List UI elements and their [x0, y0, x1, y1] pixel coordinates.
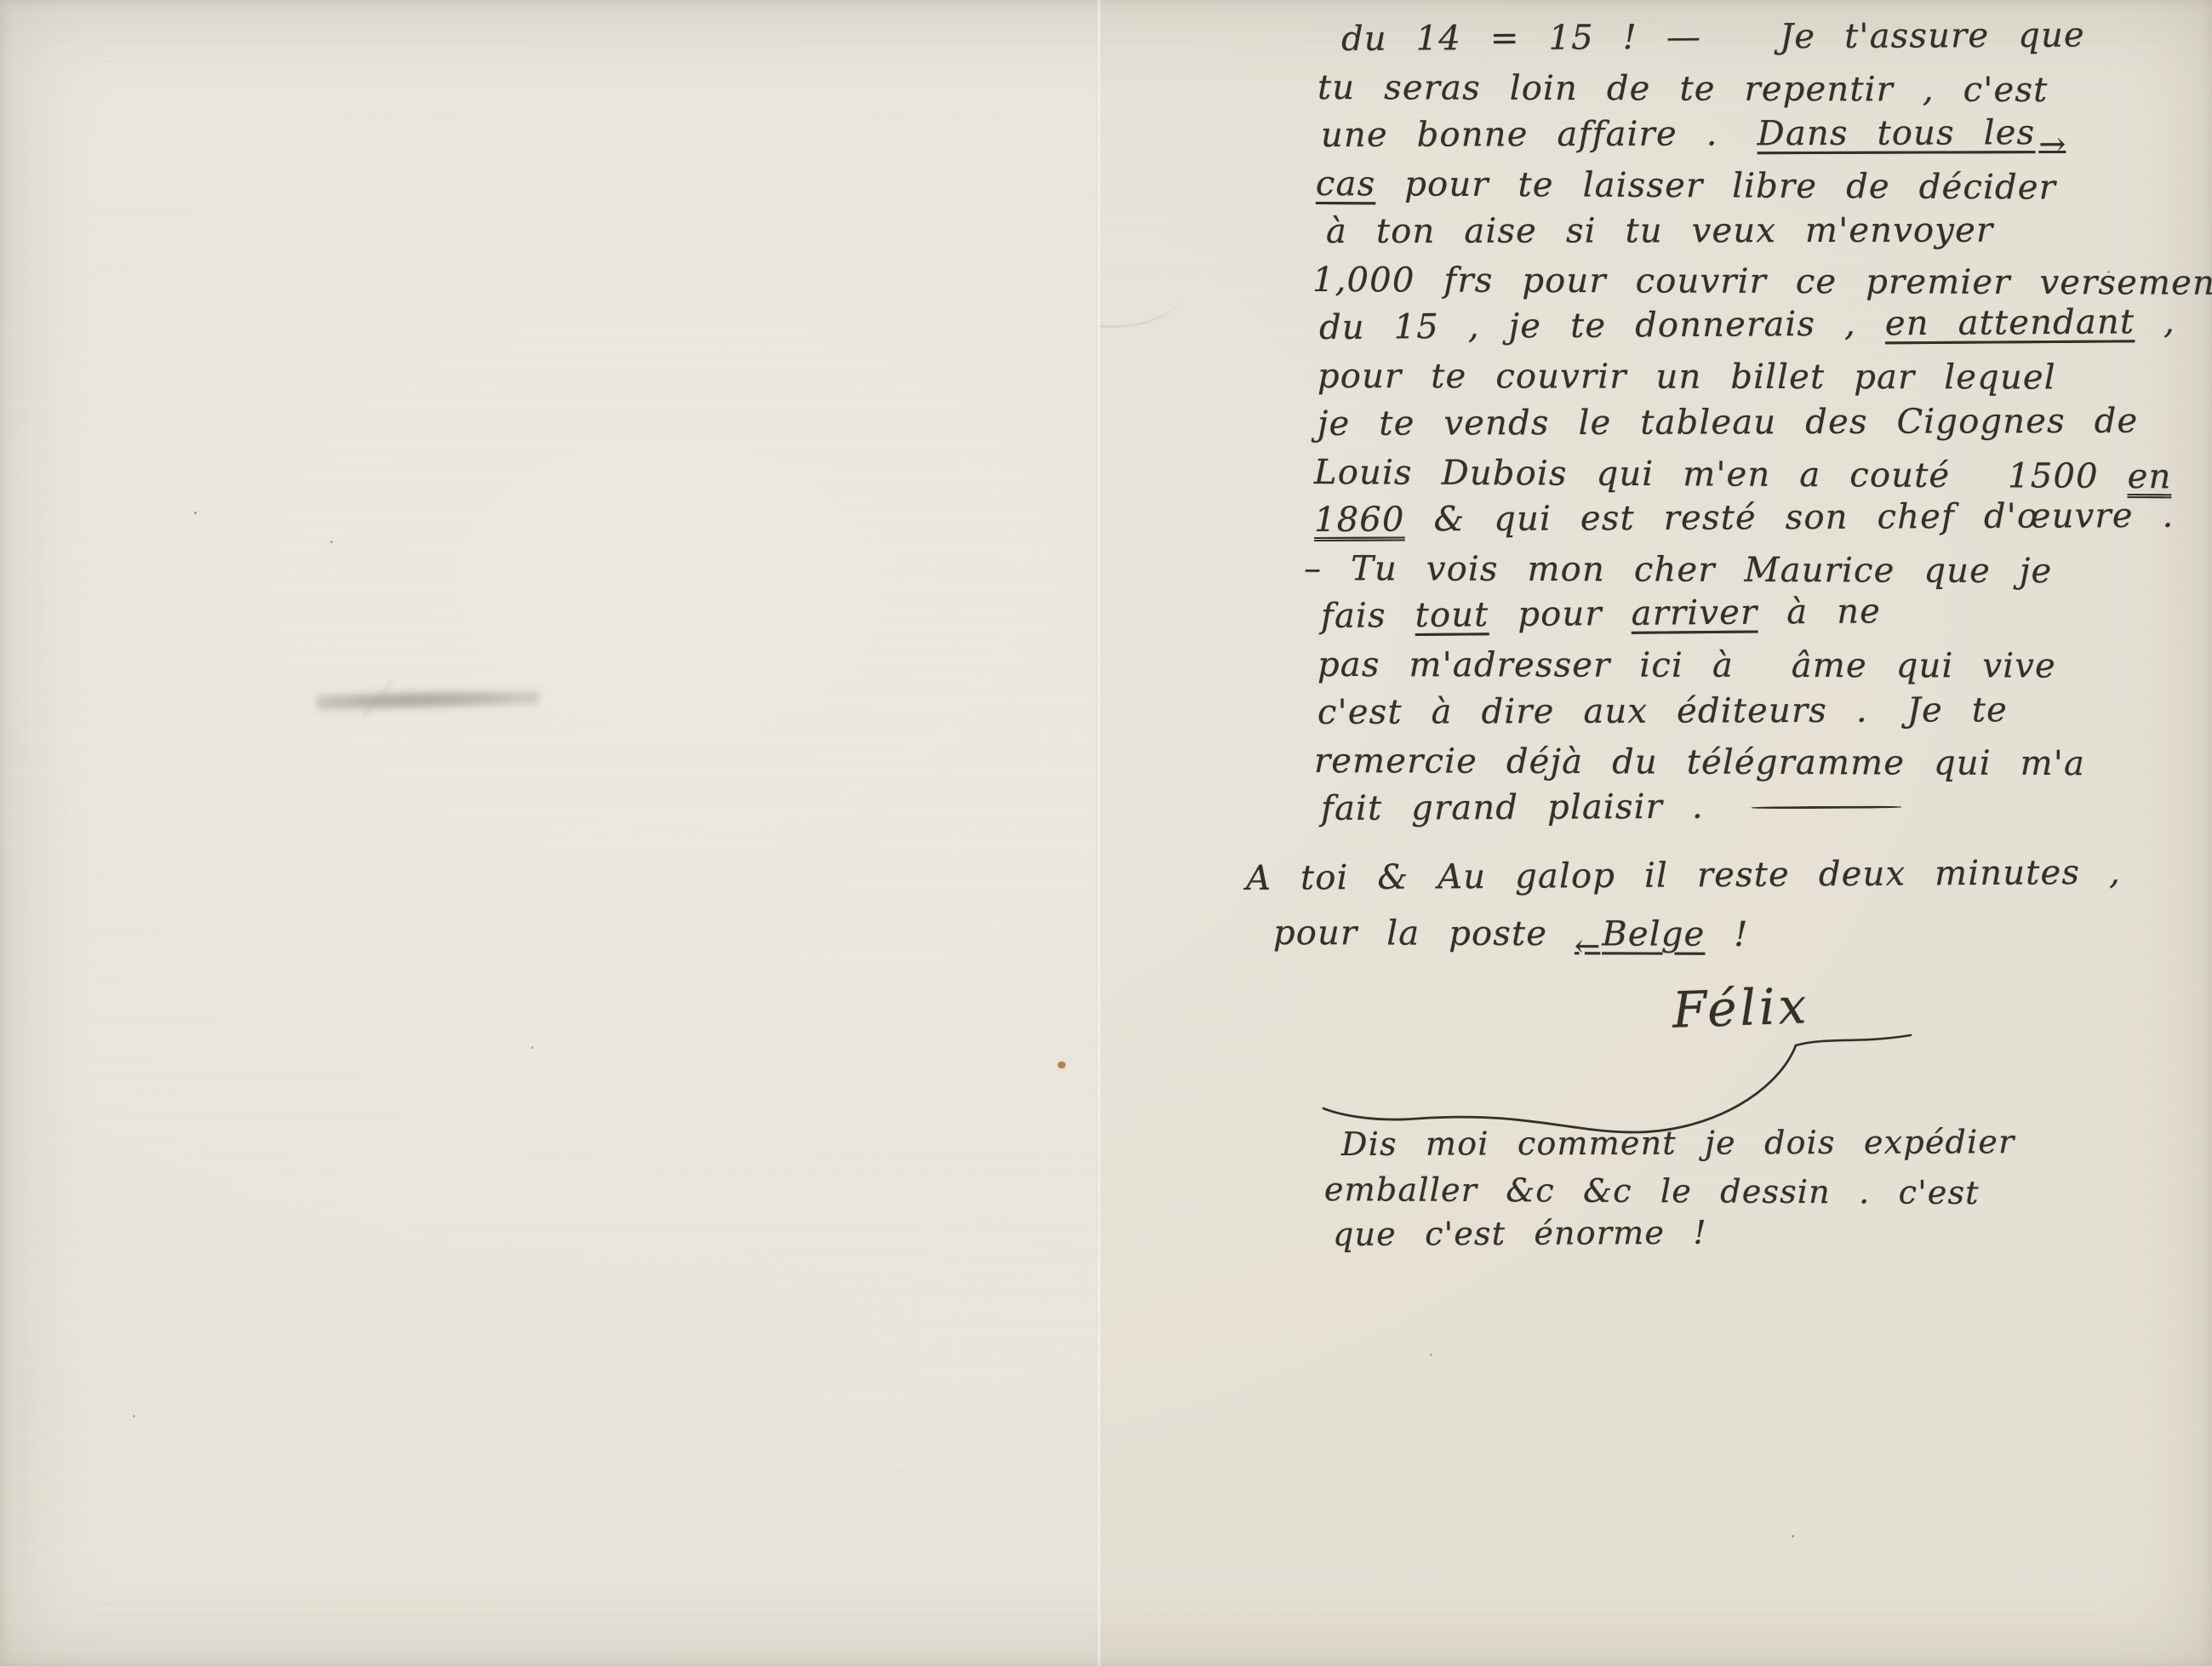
- paper-speck: [1792, 1535, 1794, 1537]
- letter-segment: & qui est resté son chef d'œuvre .: [1404, 496, 2174, 540]
- letter-segment: c'est à dire aux éditeurs .: [1317, 691, 1868, 732]
- paper-speck: [1430, 1354, 1432, 1356]
- letter-line: c'est à dire aux éditeurs .Je te: [1317, 685, 2212, 736]
- left-blank-page: [0, 0, 1100, 1666]
- letter-segment: fait grand plaisir .: [1321, 787, 1733, 828]
- letter-segment: à ton aise si tu veux m'envoyer: [1326, 211, 1993, 251]
- letter-segment: tout: [1415, 595, 1489, 635]
- letter-segment: Je te: [1907, 690, 2008, 730]
- letter-segment: pour te laisser libre de décider: [1375, 164, 2056, 207]
- letter-segment: je te vends le tableau des Cigognes de: [1317, 402, 2139, 444]
- letter-line: du 14 = 15 ! —Je t'assure que: [1341, 11, 2212, 64]
- letter-segment: pour la poste: [1273, 913, 1576, 953]
- letter-line: pas m'adresser ici à âme qui vive: [1317, 641, 2212, 690]
- letter-segment: en: [2128, 457, 2172, 496]
- letter-line: une bonne affaire .Dans tous les: [1321, 108, 2212, 159]
- letter-segment: !: [1705, 915, 1748, 954]
- letter-segment: pas m'adresser ici à âme qui vive: [1317, 645, 2056, 686]
- letter-segment: Dans tous les: [1758, 113, 2063, 153]
- letter-closing: A toi & Au galop il reste deux minutes ,…: [1317, 851, 2121, 962]
- letter-segment: arriver: [1631, 593, 1758, 633]
- letter-segment: fais: [1321, 596, 1415, 636]
- letter-line: fait grand plaisir .: [1321, 780, 2212, 833]
- fold-crease: [1096, 0, 1102, 1666]
- letter-line: à ton aise si tu veux m'envoyer: [1326, 206, 2212, 255]
- letter-line: du 15 , je te donnerais , en attendant ,: [1319, 298, 2212, 352]
- letter-line: pour la poste Belge !: [1273, 906, 2121, 965]
- letter-segment: remercie déjà du télégramme qui m'a: [1314, 741, 2085, 783]
- letter-segment: pour te couvrir un billet par lequel: [1317, 357, 2056, 398]
- letter-segment: tu seras loin de te repentir , c'est: [1317, 68, 2049, 110]
- letter-line: que c'est énorme !: [1333, 1209, 2015, 1257]
- letter-segment: Belge: [1576, 914, 1705, 954]
- letter-segment: du 15 , je te donnerais ,: [1319, 304, 1885, 347]
- letter-segment: [1752, 805, 1901, 809]
- letter-line: je te vends le tableau des Cigognes de: [1317, 397, 2212, 448]
- paper-speck: [133, 1415, 135, 1417]
- letter-segment: Louis Dubois qui m'en a couté 1500: [1314, 453, 2128, 496]
- letter-segment: A toi & Au galop il reste deux minutes ,: [1246, 853, 2121, 898]
- letter-line: fais tout pour arriver à ne: [1321, 585, 2212, 641]
- letter-line: cas pour te laisser libre de décider: [1316, 160, 2212, 213]
- letter-segment: Dis moi comment je dois expédier: [1341, 1123, 2015, 1163]
- letter-segment: 1860: [1314, 500, 1405, 540]
- letter-segment: pour: [1489, 594, 1632, 634]
- letter-line: tu seras loin de te repentir , c'est: [1317, 64, 2212, 115]
- letter-segment: ,: [2135, 302, 2175, 341]
- letter-body: du 14 = 15 ! —Je t'assure quetu seras lo…: [1317, 15, 2212, 833]
- letter-line: 1860 & qui est resté son chef d'œuvre .: [1314, 491, 2212, 544]
- letter-sheet: du 14 = 15 ! —Je t'assure quetu seras lo…: [0, 0, 2212, 1666]
- letter-segment: que c'est énorme !: [1333, 1214, 1707, 1253]
- letter-segment: cas: [1316, 164, 1376, 203]
- letter-segment: une bonne affaire .: [1321, 114, 1718, 155]
- letter-line: A toi & Au galop il reste deux minutes ,: [1246, 845, 2121, 906]
- letter-postscript: Dis moi comment je dois expédieremballer…: [1317, 1122, 2015, 1257]
- paper-speck: [531, 1046, 534, 1049]
- paper-speck: [330, 541, 333, 543]
- letter-segment: 1,000 frs pour couvrir ce premier versem…: [1312, 260, 2212, 303]
- paper-speck: [194, 512, 197, 514]
- letter-segment: emballer &c &c le dessin . c'est: [1324, 1171, 1980, 1211]
- letter-segment: – Tu vois mon cher Maurice que je: [1304, 549, 2053, 591]
- paper-speck: [1058, 1062, 1066, 1068]
- letter-line: Dis moi comment je dois expédier: [1341, 1119, 2015, 1167]
- letter-segment: Je t'assure que: [1780, 15, 2085, 56]
- letter-line: pour te couvrir un billet par lequel: [1317, 352, 2212, 402]
- letter-segment: du 14 = 15 ! —: [1341, 18, 1701, 59]
- letter-segment: en attendant: [1885, 302, 2135, 343]
- letter-segment: à ne: [1758, 592, 1881, 632]
